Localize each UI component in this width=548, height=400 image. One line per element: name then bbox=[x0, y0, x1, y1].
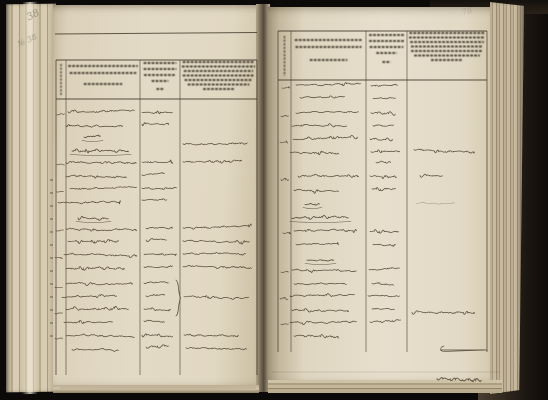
right-page bbox=[268, 7, 492, 387]
bottom-page-edge-left bbox=[53, 385, 259, 393]
left-page bbox=[53, 5, 259, 391]
right-page-edges bbox=[490, 2, 524, 394]
book-scan: 38 № 38 78 bbox=[0, 0, 548, 400]
left-page-edges-highlight bbox=[22, 2, 38, 394]
bottom-page-edge-right bbox=[268, 380, 502, 393]
binding-ticks bbox=[50, 168, 53, 344]
